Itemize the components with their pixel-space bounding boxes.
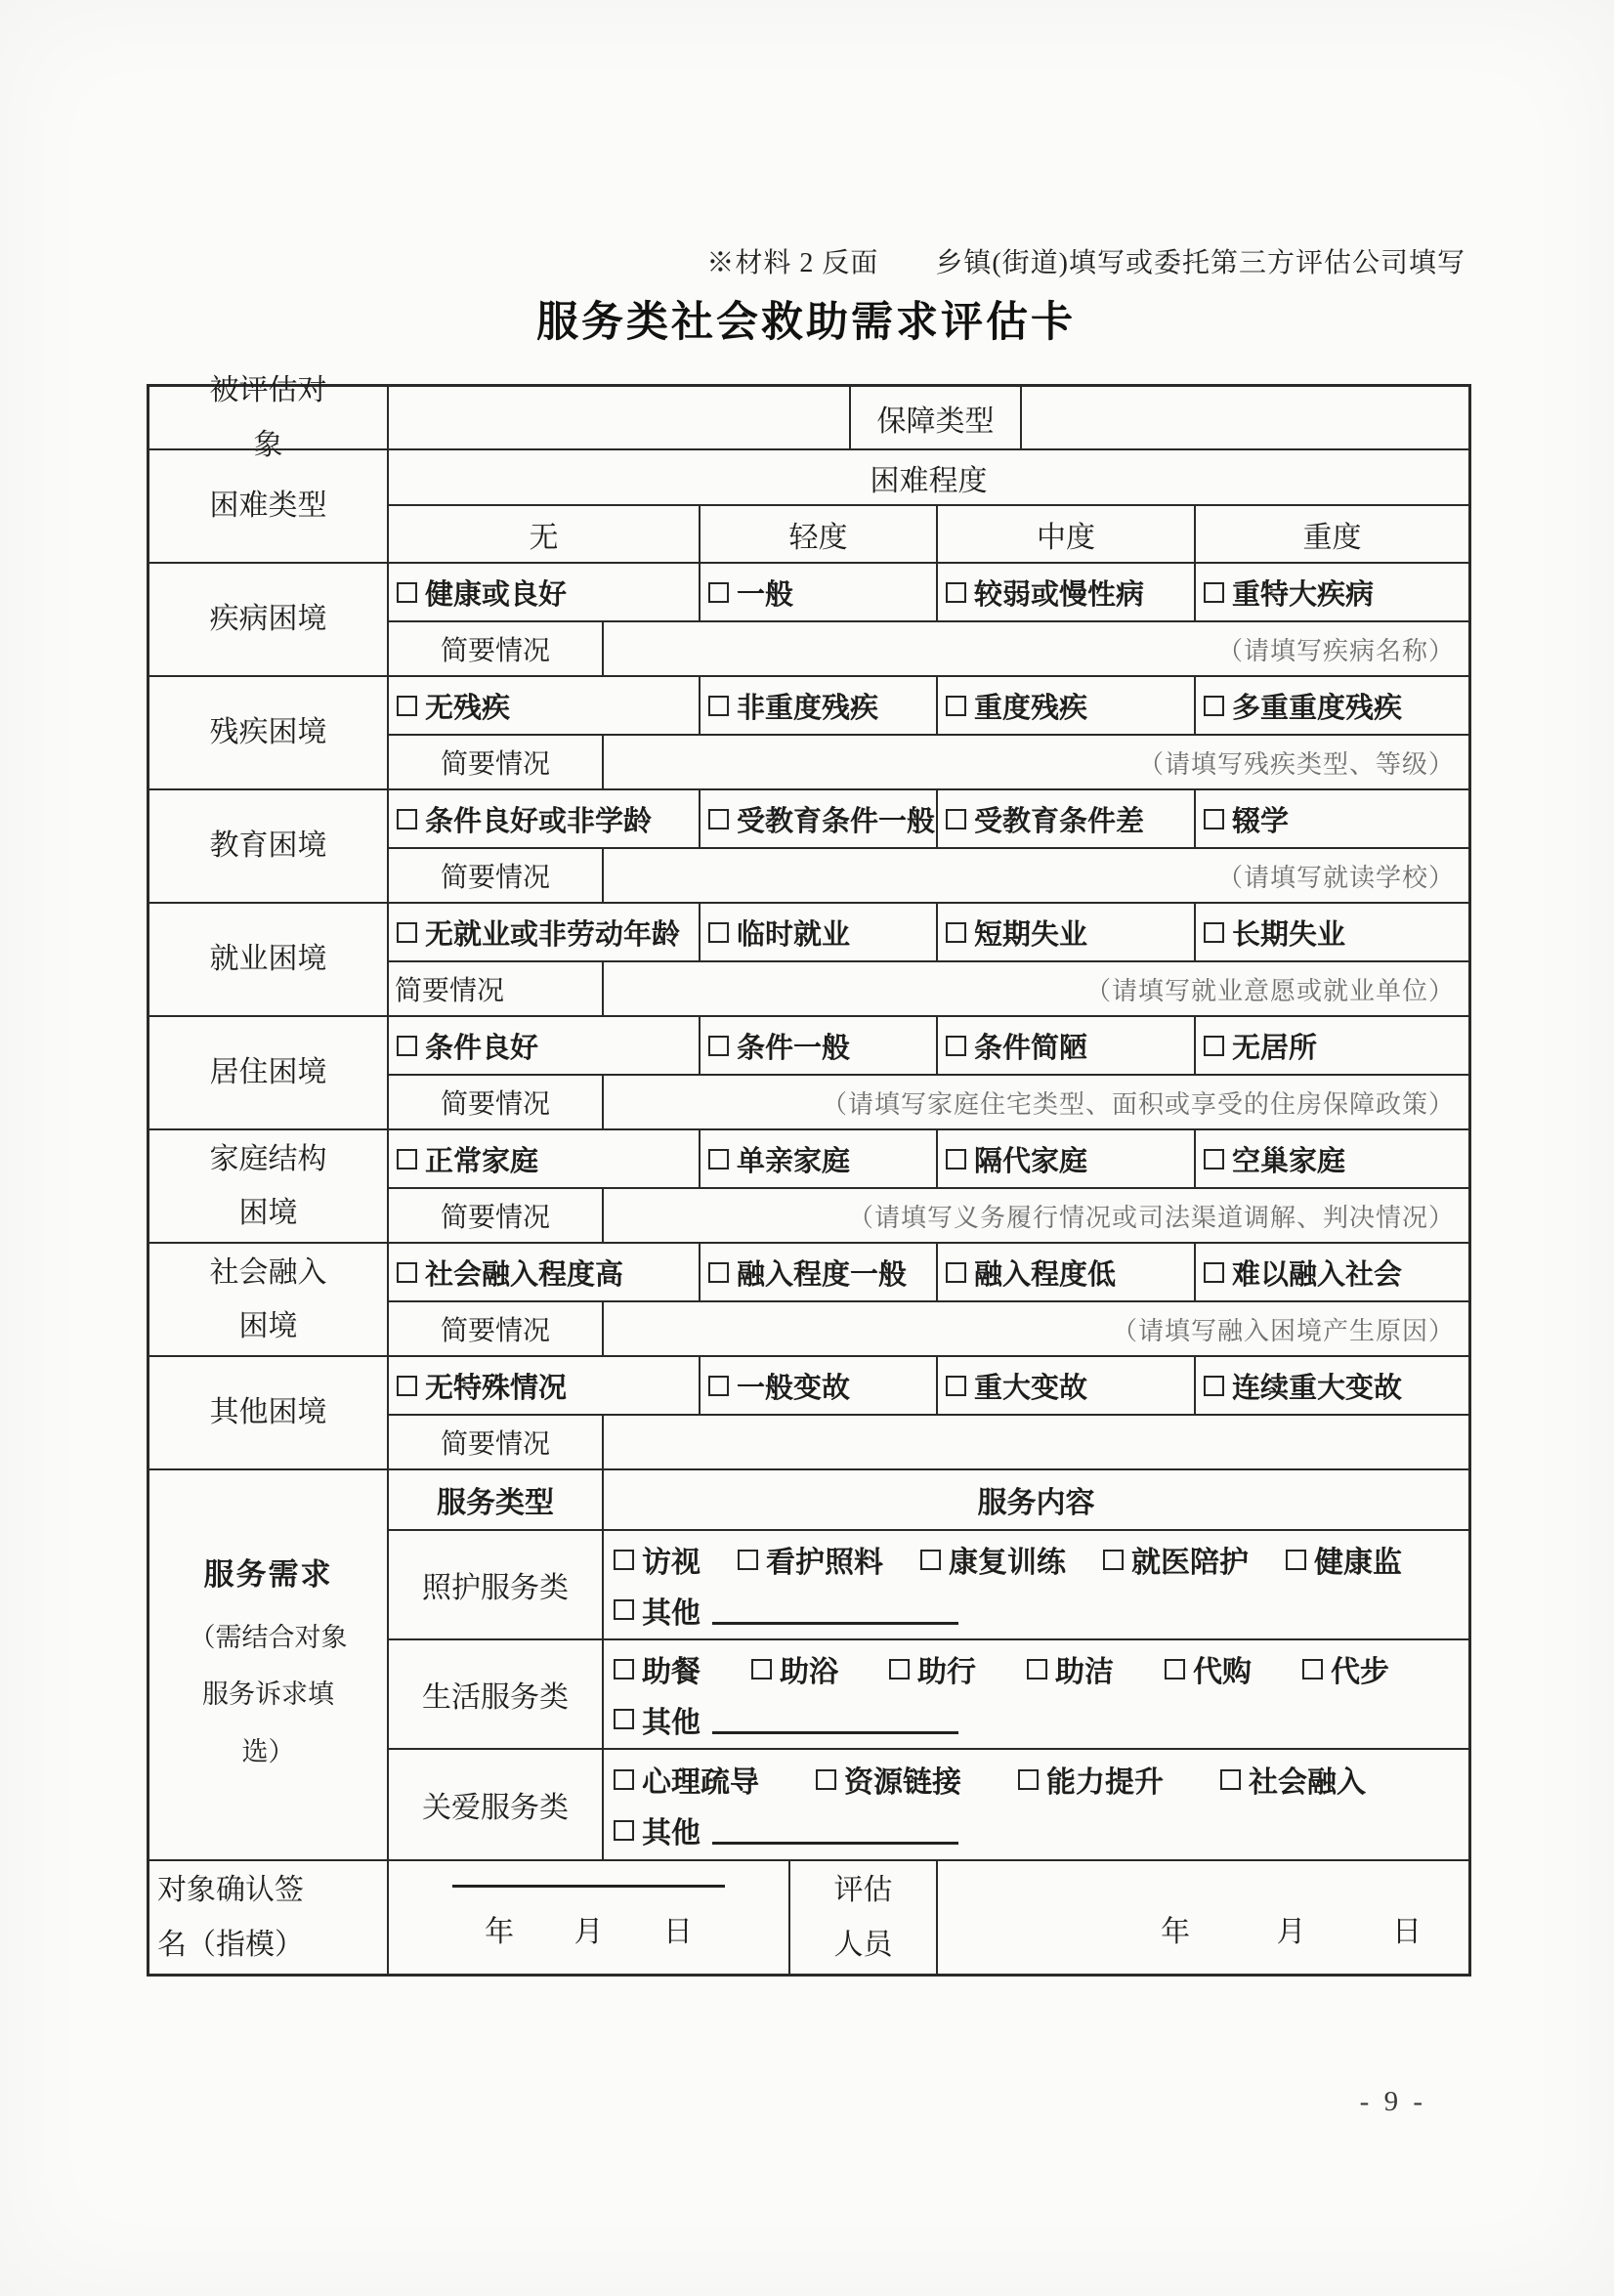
- service-header-row: 服务类型 服务内容: [389, 1470, 1468, 1531]
- option-cell: 短期失业: [938, 904, 1196, 960]
- service-needs-title: 服务需求: [204, 1550, 333, 1594]
- signature-row: 对象确认签名（指模） 年 月 日 评估人员 年: [149, 1861, 1468, 1974]
- row-label: 家庭结构困境: [149, 1130, 389, 1242]
- brief-input[interactable]: （请填写疾病名称）: [604, 622, 1468, 675]
- brief-hint: （请填写疾病名称）: [1217, 631, 1455, 667]
- brief-row: 简要情况 （请填写家庭住宅类型、面积或享受的住房保障政策）: [389, 1076, 1468, 1128]
- option-cell: 无特殊情况: [389, 1357, 701, 1414]
- checkbox[interactable]: [1027, 1659, 1047, 1679]
- option-cell: 难以融入社会: [1196, 1244, 1468, 1300]
- row-label: 疾病困境: [149, 564, 389, 675]
- option-label: 难以融入社会: [1232, 1253, 1402, 1293]
- option-label: 重度残疾: [974, 686, 1087, 726]
- option-cell: 条件良好: [389, 1017, 701, 1074]
- checkbox[interactable]: [1204, 1149, 1224, 1169]
- option-label: 融入程度一般: [737, 1253, 907, 1293]
- service-needs-note: （需结合对象服务诉求填选）: [184, 1609, 353, 1779]
- option-label: 辍学: [1232, 799, 1289, 839]
- option-label: 无特殊情况: [425, 1366, 567, 1406]
- checkbox[interactable]: [1204, 1262, 1224, 1283]
- brief-label: 简要情况: [389, 1189, 604, 1242]
- service-option: 助洁: [1027, 1647, 1114, 1690]
- service-option-other: 其他: [614, 1808, 958, 1851]
- page-number: - 9 -: [1360, 2086, 1426, 2118]
- brief-row: 简要情况 （请填写就读学校）: [389, 849, 1468, 902]
- subject-signature-label: 对象确认签名（指模）: [149, 1861, 389, 1974]
- brief-row: 简要情况 （请填写就业意愿或就业单位）: [389, 962, 1468, 1015]
- brief-input[interactable]: （请填写就读学校）: [604, 849, 1468, 902]
- checkbox[interactable]: [397, 1376, 417, 1396]
- option-cell: 空巢家庭: [1196, 1130, 1468, 1187]
- service-other-line: 其他: [614, 1698, 1468, 1741]
- option-label: 健康或良好: [425, 573, 567, 613]
- option-cell: 一般: [701, 564, 938, 620]
- other-blank-line[interactable]: [712, 1705, 958, 1734]
- option-cell: 辍学: [1196, 790, 1468, 847]
- subject-signature-area[interactable]: 年 月 日: [389, 1861, 790, 1974]
- option-label: 正常家庭: [425, 1139, 538, 1179]
- brief-hint: （请填写残疾类型、等级）: [1138, 744, 1455, 781]
- brief-label: 简要情况: [389, 962, 604, 1015]
- brief-input[interactable]: （请填写家庭住宅类型、面积或享受的住房保障政策）: [604, 1076, 1468, 1128]
- service-option: 社会融入: [1220, 1758, 1366, 1801]
- service-type-label: 生活服务类: [389, 1640, 604, 1748]
- checkbox[interactable]: [1103, 1550, 1124, 1570]
- brief-input[interactable]: （请填写义务履行情况或司法渠道调解、判决情况）: [604, 1189, 1468, 1242]
- option-label: 重特大疾病: [1232, 573, 1374, 613]
- assessor-signature-area[interactable]: 年 月 日: [938, 1861, 1468, 1974]
- options-row: 无就业或非劳动年龄 临时就业 短期失业 长期失业: [389, 904, 1468, 962]
- option-cell: 融入程度低: [938, 1244, 1196, 1300]
- checkbox[interactable]: [708, 696, 729, 716]
- checkbox[interactable]: [1204, 809, 1224, 829]
- checkbox[interactable]: [1018, 1769, 1039, 1790]
- option-label: 受教育条件差: [974, 799, 1144, 839]
- service-option: 资源链接: [816, 1758, 961, 1801]
- brief-label: 简要情况: [389, 1076, 604, 1128]
- brief-hint: （请填写就业意愿或就业单位）: [1085, 971, 1455, 1007]
- assessed-subject-value[interactable]: [389, 387, 851, 448]
- checkbox[interactable]: [946, 696, 966, 716]
- service-option: 代购: [1165, 1647, 1252, 1690]
- service-items-line: 助餐 助浴 助行 助洁 代购 代步: [614, 1647, 1468, 1690]
- option-label: 长期失业: [1232, 913, 1345, 953]
- checkbox[interactable]: [889, 1659, 910, 1679]
- option-cell: 重度残疾: [938, 677, 1196, 734]
- row-label: 社会融入困境: [149, 1244, 389, 1355]
- brief-row: 简要情况 （请填写融入困境产生原因）: [389, 1302, 1468, 1355]
- difficulty-row-family-structure: 家庭结构困境 正常家庭 单亲家庭 隔代家庭 空巢家庭 简要情况 （请填写义务履行…: [149, 1130, 1468, 1244]
- checkbox[interactable]: [1204, 1036, 1224, 1056]
- brief-input[interactable]: （请填写残疾类型、等级）: [604, 736, 1468, 788]
- service-option: 助浴: [751, 1647, 838, 1690]
- difficulty-row-disability: 残疾困境 无残疾 非重度残疾 重度残疾 多重重度残疾 简要情况 （请填写残疾类型…: [149, 677, 1468, 790]
- brief-hint: （请填写义务履行情况或司法渠道调解、判决情况）: [848, 1198, 1455, 1234]
- service-other-line: 其他: [614, 1589, 1468, 1632]
- options-row: 社会融入程度高 融入程度一般 融入程度低 难以融入社会: [389, 1244, 1468, 1302]
- checkbox[interactable]: [708, 809, 729, 829]
- service-type-label: 关爱服务类: [389, 1750, 604, 1859]
- option-label: 受教育条件一般: [737, 799, 935, 839]
- options-row: 条件良好 条件一般 条件简陋 无居所: [389, 1017, 1468, 1076]
- checkbox[interactable]: [614, 1659, 634, 1679]
- service-option: 能力提升: [1018, 1758, 1164, 1801]
- option-label: 无残疾: [425, 686, 510, 726]
- brief-input[interactable]: （请填写就业意愿或就业单位）: [604, 962, 1468, 1015]
- service-needs-label: 服务需求 （需结合对象服务诉求填选）: [149, 1470, 389, 1859]
- service-option: 助行: [889, 1647, 976, 1690]
- checkbox[interactable]: [614, 1550, 634, 1570]
- service-option: 访视: [614, 1538, 701, 1581]
- service-option: 看护照料: [738, 1538, 883, 1581]
- option-cell: 单亲家庭: [701, 1130, 938, 1187]
- service-option: 康复训练: [920, 1538, 1066, 1581]
- row-label: 其他困境: [149, 1357, 389, 1468]
- checkbox[interactable]: [1204, 696, 1224, 716]
- option-label: 较弱或慢性病: [974, 573, 1144, 613]
- checkbox[interactable]: [397, 1262, 417, 1283]
- checkbox[interactable]: [708, 1262, 729, 1283]
- checkbox[interactable]: [397, 1036, 417, 1056]
- options-row: 健康或良好 一般 较弱或慢性病 重特大疾病: [389, 564, 1468, 622]
- level-mild: 轻度: [701, 506, 938, 562]
- assessment-form-table: 被评估对象 保障类型 困难类型 困难程度 无 轻度 中度 重度: [147, 384, 1471, 1977]
- option-cell: 社会融入程度高: [389, 1244, 701, 1300]
- checkbox[interactable]: [946, 1262, 966, 1283]
- assessed-subject-label: 被评估对象: [149, 387, 389, 448]
- checkbox[interactable]: [946, 809, 966, 829]
- option-cell: 较弱或慢性病: [938, 564, 1196, 620]
- checkbox[interactable]: [708, 582, 729, 603]
- option-label: 非重度残疾: [737, 686, 878, 726]
- option-cell: 受教育条件差: [938, 790, 1196, 847]
- brief-row: 简要情况 （请填写残疾类型、等级）: [389, 736, 1468, 788]
- checkbox[interactable]: [738, 1550, 758, 1570]
- brief-row: 简要情况: [389, 1416, 1468, 1468]
- service-row-love: 关爱服务类 心理疏导 资源链接 能力提升 社会融入 其他: [389, 1750, 1468, 1859]
- option-label: 融入程度低: [974, 1253, 1116, 1293]
- service-option-other: 其他: [614, 1698, 958, 1741]
- checkbox[interactable]: [397, 696, 417, 716]
- service-row-care: 照护服务类 访视 看护照料 康复训练 就医陪护 健康监 其他: [389, 1531, 1468, 1640]
- checkbox[interactable]: [1165, 1659, 1185, 1679]
- checkbox[interactable]: [920, 1550, 941, 1570]
- checkbox[interactable]: [1204, 922, 1224, 943]
- checkbox[interactable]: [946, 1149, 966, 1169]
- options-row: 无残疾 非重度残疾 重度残疾 多重重度残疾: [389, 677, 1468, 736]
- option-cell: 长期失业: [1196, 904, 1468, 960]
- level-severe: 重度: [1196, 506, 1468, 562]
- row-label: 残疾困境: [149, 677, 389, 788]
- option-cell: 无就业或非劳动年龄: [389, 904, 701, 960]
- option-cell: 连续重大变故: [1196, 1357, 1468, 1414]
- option-label: 一般变故: [737, 1366, 850, 1406]
- option-cell: 重大变故: [938, 1357, 1196, 1414]
- brief-label: 简要情况: [389, 736, 604, 788]
- option-label: 重大变故: [974, 1366, 1087, 1406]
- brief-hint: （请填写融入困境产生原因）: [1112, 1311, 1455, 1347]
- option-cell: 重特大疾病: [1196, 564, 1468, 620]
- row-label: 居住困境: [149, 1017, 389, 1128]
- checkbox[interactable]: [946, 1376, 966, 1396]
- option-label: 无就业或非劳动年龄: [425, 913, 680, 953]
- difficulty-row-housing: 居住困境 条件良好 条件一般 条件简陋 无居所 简要情况 （请填写家庭住宅类型、…: [149, 1017, 1468, 1130]
- option-cell: 条件一般: [701, 1017, 938, 1074]
- option-cell: 隔代家庭: [938, 1130, 1196, 1187]
- option-label: 条件一般: [737, 1026, 850, 1066]
- brief-label: 简要情况: [389, 1302, 604, 1355]
- brief-input[interactable]: （请填写融入困境产生原因）: [604, 1302, 1468, 1355]
- service-option: 助餐: [614, 1647, 701, 1690]
- checkbox[interactable]: [1204, 1376, 1224, 1396]
- service-content-cell: 助餐 助浴 助行 助洁 代购 代步 其他: [604, 1640, 1468, 1748]
- other-blank-line[interactable]: [712, 1595, 958, 1625]
- service-content-header: 服务内容: [604, 1470, 1468, 1529]
- service-type-header: 服务类型: [389, 1470, 604, 1529]
- service-option: 就医陪护: [1103, 1538, 1249, 1581]
- checkbox[interactable]: [1302, 1659, 1323, 1679]
- row-label: 就业困境: [149, 904, 389, 1015]
- service-option: 健康监: [1286, 1538, 1402, 1581]
- brief-label: 简要情况: [389, 849, 604, 902]
- level-moderate: 中度: [938, 506, 1196, 562]
- other-blank-line[interactable]: [712, 1815, 958, 1845]
- checkbox[interactable]: [816, 1769, 836, 1790]
- protection-type-label: 保障类型: [851, 387, 1022, 448]
- option-label: 临时就业: [737, 913, 850, 953]
- checkbox[interactable]: [614, 1769, 634, 1790]
- option-label: 连续重大变故: [1232, 1366, 1402, 1406]
- option-label: 条件良好: [425, 1026, 538, 1066]
- checkbox[interactable]: [397, 582, 417, 603]
- service-type-label: 照护服务类: [389, 1531, 604, 1638]
- brief-input[interactable]: [604, 1416, 1468, 1468]
- difficulty-row-employment: 就业困境 无就业或非劳动年龄 临时就业 短期失业 长期失业 简要情况 （请填写就…: [149, 904, 1468, 1017]
- checkbox[interactable]: [708, 1149, 729, 1169]
- protection-type-value[interactable]: [1022, 387, 1468, 448]
- option-cell: 一般变故: [701, 1357, 938, 1414]
- checkbox[interactable]: [751, 1659, 772, 1679]
- checkbox[interactable]: [708, 922, 729, 943]
- option-cell: 融入程度一般: [701, 1244, 938, 1300]
- option-label: 短期失业: [974, 913, 1087, 953]
- assessor-label: 评估人员: [790, 1861, 938, 1974]
- checkbox[interactable]: [946, 1036, 966, 1056]
- signature-lines: [1133, 1885, 1274, 1888]
- scanned-page: ※材料 2 反面 乡镇(街道)填写或委托第三方评估公司填写 服务类社会救助需求评…: [0, 0, 1614, 2296]
- options-row: 条件良好或非学龄 受教育条件一般 受教育条件差 辍学: [389, 790, 1468, 849]
- difficulty-degree-header: 困难程度: [389, 450, 1468, 506]
- option-label: 社会融入程度高: [425, 1253, 623, 1293]
- option-cell: 非重度残疾: [701, 677, 938, 734]
- option-label: 条件简陋: [974, 1026, 1087, 1066]
- row-label: 教育困境: [149, 790, 389, 902]
- checkbox[interactable]: [1220, 1769, 1241, 1790]
- option-label: 条件良好或非学龄: [425, 799, 652, 839]
- service-row-life: 生活服务类 助餐 助浴 助行 助洁 代购 代步 其他: [389, 1640, 1468, 1750]
- option-cell: 多重重度残疾: [1196, 677, 1468, 734]
- option-cell: 正常家庭: [389, 1130, 701, 1187]
- options-row: 正常家庭 单亲家庭 隔代家庭 空巢家庭: [389, 1130, 1468, 1189]
- signature-line[interactable]: [452, 1885, 724, 1888]
- option-cell: 临时就业: [701, 904, 938, 960]
- option-cell: 无居所: [1196, 1017, 1468, 1074]
- brief-hint: （请填写就读学校）: [1217, 858, 1455, 894]
- difficulty-row-education: 教育困境 条件良好或非学龄 受教育条件一般 受教育条件差 辍学 简要情况 （请填…: [149, 790, 1468, 904]
- checkbox[interactable]: [946, 582, 966, 603]
- option-label: 空巢家庭: [1232, 1139, 1345, 1179]
- service-option-other: 其他: [614, 1589, 958, 1632]
- service-items-line: 访视 看护照料 康复训练 就医陪护 健康监: [614, 1538, 1468, 1581]
- checkbox[interactable]: [946, 922, 966, 943]
- checkbox[interactable]: [708, 1376, 729, 1396]
- service-content-cell: 心理疏导 资源链接 能力提升 社会融入 其他: [604, 1750, 1468, 1859]
- option-label: 一般: [737, 573, 793, 613]
- service-needs-section: 服务需求 （需结合对象服务诉求填选） 服务类型 服务内容 照护服务类 访视 看护…: [149, 1470, 1468, 1861]
- brief-label: 简要情况: [389, 1416, 604, 1468]
- checkbox[interactable]: [397, 1149, 417, 1169]
- checkbox[interactable]: [1204, 582, 1224, 603]
- checkbox[interactable]: [397, 922, 417, 943]
- checkbox[interactable]: [614, 1820, 634, 1841]
- options-row: 无特殊情况 一般变故 重大变故 连续重大变故: [389, 1357, 1468, 1416]
- brief-row: 简要情况 （请填写义务履行情况或司法渠道调解、判决情况）: [389, 1189, 1468, 1242]
- checkbox[interactable]: [397, 809, 417, 829]
- service-content-cell: 访视 看护照料 康复训练 就医陪护 健康监 其他: [604, 1531, 1468, 1638]
- top-note: ※材料 2 反面 乡镇(街道)填写或委托第三方评估公司填写: [706, 241, 1465, 280]
- option-cell: 无残疾: [389, 677, 701, 734]
- level-none: 无: [389, 506, 701, 562]
- option-label: 多重重度残疾: [1232, 686, 1402, 726]
- degree-levels-row: 无 轻度 中度 重度: [389, 506, 1468, 562]
- service-items-line: 心理疏导 资源链接 能力提升 社会融入: [614, 1758, 1468, 1801]
- difficulty-row-other: 其他困境 无特殊情况 一般变故 重大变故 连续重大变故 简要情况: [149, 1357, 1468, 1470]
- checkbox[interactable]: [708, 1036, 729, 1056]
- option-label: 隔代家庭: [974, 1139, 1087, 1179]
- option-cell: 条件良好或非学龄: [389, 790, 701, 847]
- option-label: 无居所: [1232, 1026, 1317, 1066]
- identity-row: 被评估对象 保障类型: [149, 387, 1468, 450]
- option-cell: 条件简陋: [938, 1017, 1196, 1074]
- brief-row: 简要情况 （请填写疾病名称）: [389, 622, 1468, 675]
- difficulty-row-illness: 疾病困境 健康或良好 一般 较弱或慢性病 重特大疾病 简要情况 （请填写疾病名称…: [149, 564, 1468, 677]
- difficulty-row-social-integration: 社会融入困境 社会融入程度高 融入程度一般 融入程度低 难以融入社会 简要情况 …: [149, 1244, 1468, 1357]
- difficulty-type-header: 困难类型: [149, 450, 389, 562]
- service-option: 心理疏导: [614, 1758, 759, 1801]
- checkbox[interactable]: [614, 1709, 634, 1729]
- option-label: 单亲家庭: [737, 1139, 850, 1179]
- checkbox[interactable]: [614, 1599, 634, 1620]
- page-title: 服务类社会救助需求评估卡: [147, 289, 1465, 349]
- date-line: 年 月 日: [425, 1907, 752, 1950]
- date-line: 年 月 日: [1161, 1907, 1468, 1950]
- option-cell: 受教育条件一般: [701, 790, 938, 847]
- checkbox[interactable]: [1286, 1550, 1306, 1570]
- service-option: 代步: [1302, 1647, 1389, 1690]
- option-cell: 健康或良好: [389, 564, 701, 620]
- difficulty-header-block: 困难类型 困难程度 无 轻度 中度 重度: [149, 450, 1468, 564]
- service-other-line: 其他: [614, 1808, 1468, 1851]
- brief-label: 简要情况: [389, 622, 604, 675]
- brief-hint: （请填写家庭住宅类型、面积或享受的住房保障政策）: [822, 1084, 1455, 1121]
